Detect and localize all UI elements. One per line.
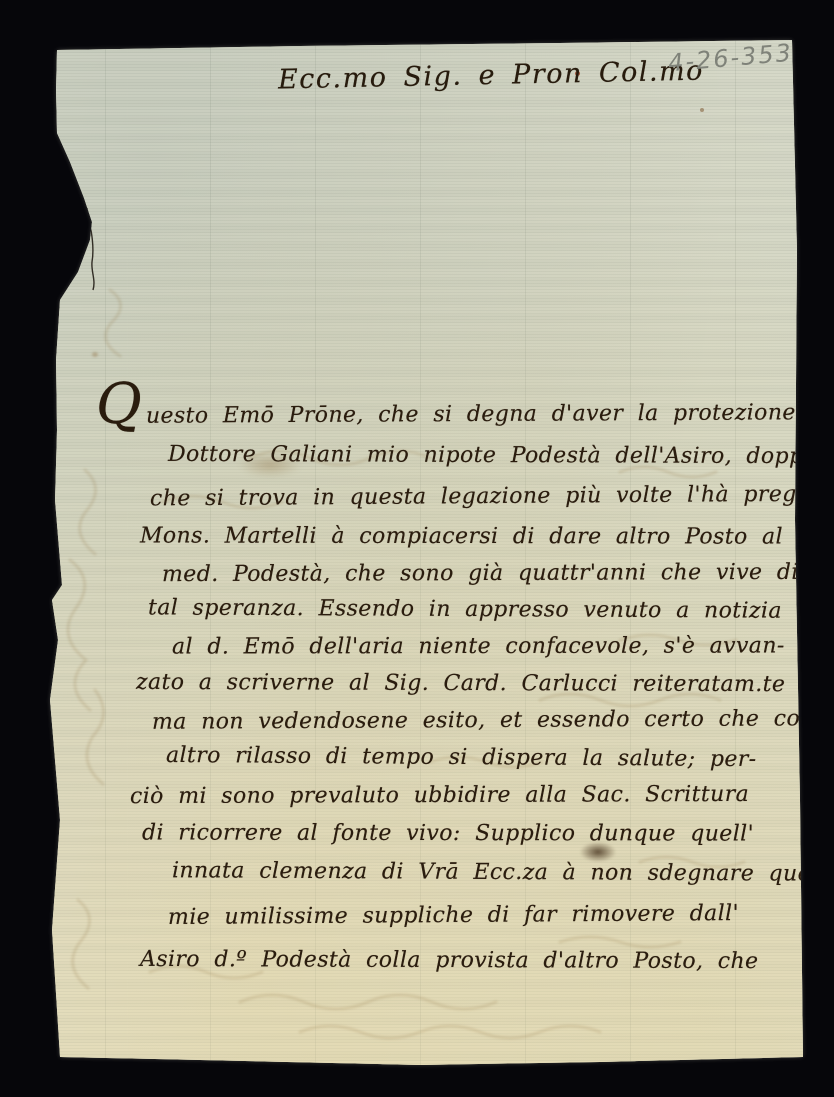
tear-crack <box>0 0 834 1097</box>
manuscript-paper-wrap: Ecc.mo Sig. e Pron Col.mo 4-26-353 Quest… <box>0 0 834 1097</box>
manuscript-paper: Ecc.mo Sig. e Pron Col.mo 4-26-353 Quest… <box>0 0 834 1097</box>
photo-background: Ecc.mo Sig. e Pron Col.mo 4-26-353 Quest… <box>0 0 834 1097</box>
